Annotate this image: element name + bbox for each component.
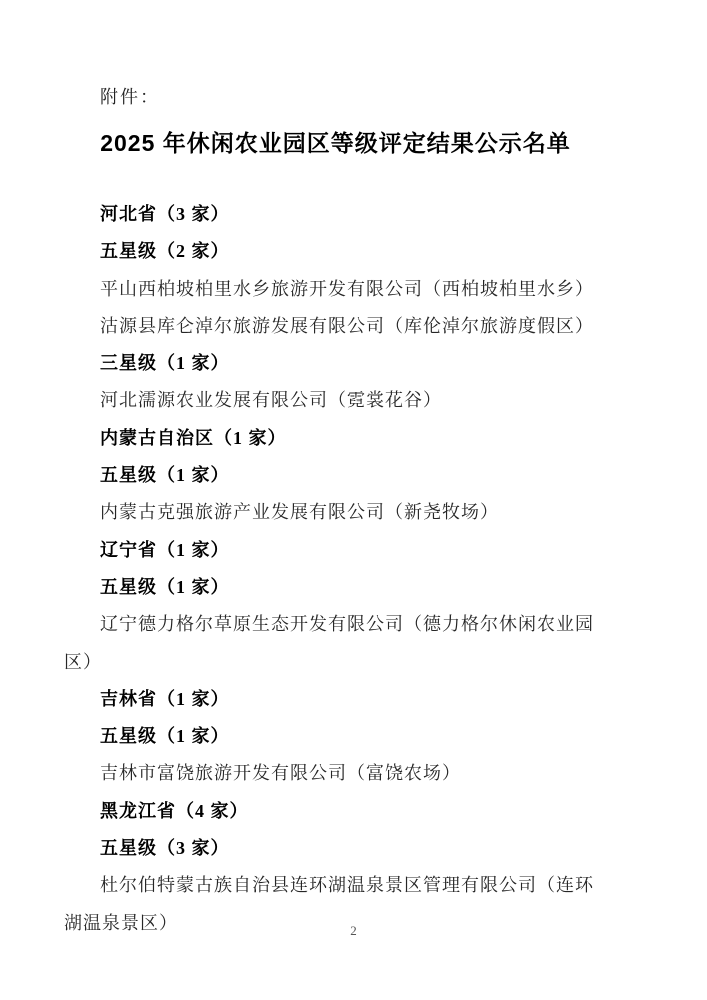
level-heading-three-star: 三星级（1 家） bbox=[64, 345, 607, 382]
company-line: 沽源县库仑淖尔旅游发展有限公司（库伦淖尔旅游度假区） bbox=[64, 308, 607, 345]
company-line: 辽宁德力格尔草原生态开发有限公司（德力格尔休闲农业园区） bbox=[64, 606, 607, 681]
province-heading-liaoning: 辽宁省（1 家） bbox=[64, 532, 607, 569]
document-body: 河北省（3 家） 五星级（2 家） 平山西柏坡柏里水乡旅游开发有限公司（西柏坡柏… bbox=[64, 196, 607, 942]
company-line: 河北濡源农业发展有限公司（霓裳花谷） bbox=[64, 382, 607, 419]
level-heading-five-star: 五星级（2 家） bbox=[64, 233, 607, 270]
province-heading-neimenggu: 内蒙古自治区（1 家） bbox=[64, 420, 607, 457]
document-content: 附件： 2025 年休闲农业园区等级评定结果公示名单 河北省（3 家） 五星级（… bbox=[64, 84, 607, 942]
level-heading-five-star: 五星级（1 家） bbox=[64, 569, 607, 606]
page-title: 2025 年休闲农业园区等级评定结果公示名单 bbox=[64, 126, 607, 160]
document-page: 附件： 2025 年休闲农业园区等级评定结果公示名单 河北省（3 家） 五星级（… bbox=[0, 0, 707, 1000]
company-line: 吉林市富饶旅游开发有限公司（富饶农场） bbox=[64, 755, 607, 792]
level-heading-five-star: 五星级（1 家） bbox=[64, 718, 607, 755]
attachment-label: 附件： bbox=[64, 84, 607, 110]
province-heading-heilongjiang: 黑龙江省（4 家） bbox=[64, 793, 607, 830]
province-heading-hebei: 河北省（3 家） bbox=[64, 196, 607, 233]
level-heading-five-star: 五星级（1 家） bbox=[64, 457, 607, 494]
level-heading-five-star: 五星级（3 家） bbox=[64, 830, 607, 867]
province-heading-jilin: 吉林省（1 家） bbox=[64, 681, 607, 718]
page-number: 2 bbox=[0, 922, 707, 940]
company-line: 平山西柏坡柏里水乡旅游开发有限公司（西柏坡柏里水乡） bbox=[64, 271, 607, 308]
company-line: 内蒙古克强旅游产业发展有限公司（新尧牧场） bbox=[64, 494, 607, 531]
